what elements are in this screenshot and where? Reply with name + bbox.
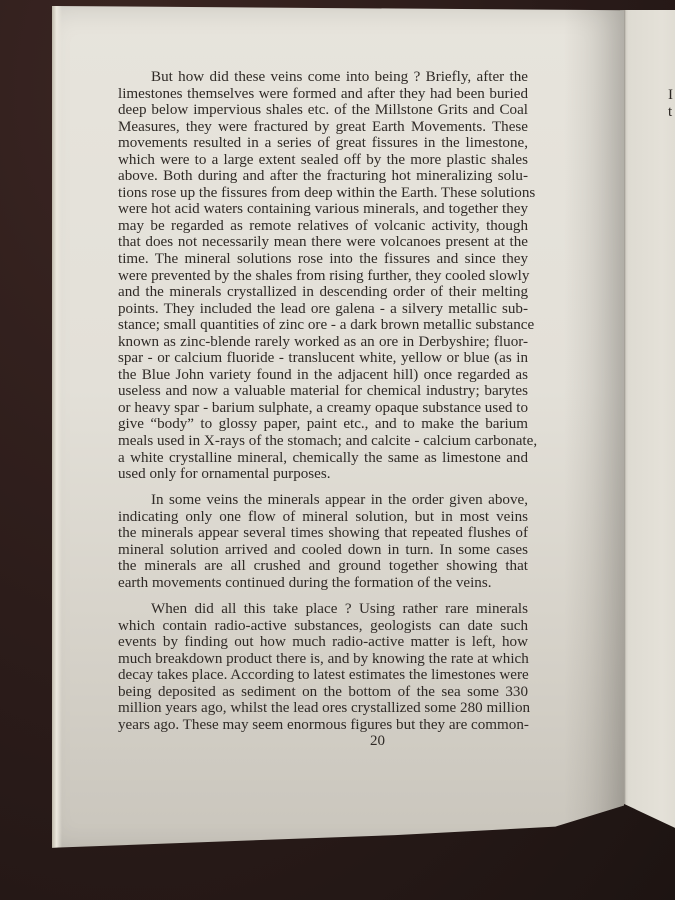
text-line: the minerals appear several times showin… xyxy=(118,525,528,542)
text-line: years ago. These may seem enormous figur… xyxy=(118,717,528,734)
text-line: tions rose up the fissures from deep wit… xyxy=(118,185,528,202)
paragraph: In some veins the minerals appear in the… xyxy=(118,492,528,591)
text-line: points. They included the lead ore galen… xyxy=(118,301,528,318)
text-line: useless and now a valuable material for … xyxy=(118,383,528,400)
text-line: deep below impervious shales etc. of the… xyxy=(118,102,528,119)
text-line: mineral solution arrived and cooled down… xyxy=(118,542,528,559)
text-line: stance; small quantities of zinc ore - a… xyxy=(118,317,528,334)
text-line: million years ago, whilst the lead ores … xyxy=(118,700,528,717)
page-body-text: But how did these veins come into being … xyxy=(118,69,528,733)
text-line: were hot acid waters containing various … xyxy=(118,201,528,218)
facing-page-text-fragment: t xyxy=(668,105,672,120)
text-line: which contain radio-active substances, g… xyxy=(118,618,528,635)
text-line: the minerals are all crushed and ground … xyxy=(118,558,528,575)
text-line: indicating only one flow of mineral solu… xyxy=(118,509,528,526)
text-line: But how did these veins come into being … xyxy=(118,69,528,86)
paragraph: When did all this take place ? Using rat… xyxy=(118,601,528,733)
facing-page-text-fragment: I xyxy=(668,88,673,103)
text-line: or heavy spar - barium sulphate, a cream… xyxy=(118,400,528,417)
text-line: which were to a large extent sealed off … xyxy=(118,152,528,169)
text-line: a white crystalline mineral, chemically … xyxy=(118,450,528,467)
text-line: spar - or calcium fluoride - translucent… xyxy=(118,350,528,367)
page-number: 20 xyxy=(40,733,675,750)
text-line: much breakdown product there is, and by … xyxy=(118,651,528,668)
text-line: may be regarded as remote relatives of v… xyxy=(118,218,528,235)
text-line: known as zinc-blende rarely worked as an… xyxy=(118,334,528,351)
text-line: events by finding out how much radio-act… xyxy=(118,634,528,651)
text-line: In some veins the minerals appear in the… xyxy=(118,492,528,509)
text-line: When did all this take place ? Using rat… xyxy=(118,601,528,618)
text-line: earth movements continued during the for… xyxy=(118,575,528,592)
facing-page: I t xyxy=(620,10,675,835)
text-line: meals used in X-rays of the stomach; and… xyxy=(118,433,528,450)
text-line: being deposited as sediment on the botto… xyxy=(118,684,528,701)
text-line: decay takes place. According to latest e… xyxy=(118,667,528,684)
paragraph: But how did these veins come into being … xyxy=(118,69,528,483)
text-line: the Blue John variety found in the adjac… xyxy=(118,367,528,384)
text-line: that does not necessarily mean there wer… xyxy=(118,234,528,251)
text-line: above. Both during and after the fractur… xyxy=(118,168,528,185)
text-line: used only for ornamental purposes. xyxy=(118,466,528,483)
text-line: limestones themselves were formed and af… xyxy=(118,86,528,103)
text-line: movements resulted in a series of great … xyxy=(118,135,528,152)
text-line: time. The mineral solutions rose into th… xyxy=(118,251,528,268)
text-line: Measures, they were fractured by great E… xyxy=(118,119,528,136)
text-line: give “body” to glossy paper, paint etc.,… xyxy=(118,416,528,433)
text-line: and the minerals crystallized in descend… xyxy=(118,284,528,301)
text-line: were prevented by the shales from rising… xyxy=(118,268,528,285)
paragraph-container: But how did these veins come into being … xyxy=(118,69,528,733)
